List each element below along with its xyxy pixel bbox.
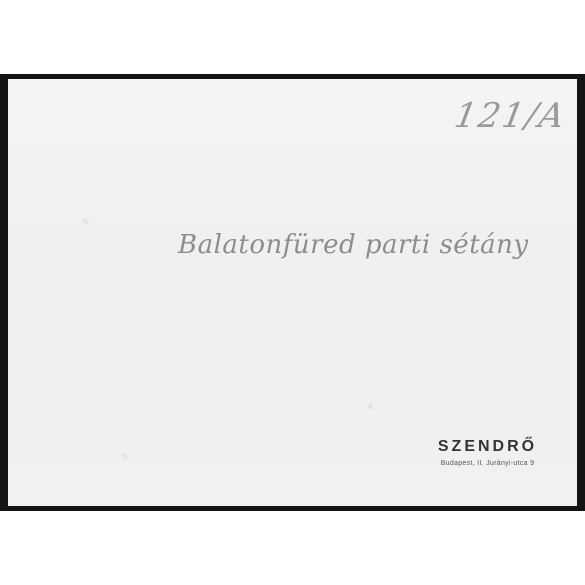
- catalog-number: 121/A: [451, 96, 569, 136]
- handwritten-caption: Balatonfüred parti sétány: [178, 230, 529, 260]
- stamp-address: Budapest, II. Jurányi-utca 9: [425, 460, 550, 467]
- stamp-name: SZENDRŐ: [425, 438, 550, 456]
- photographer-stamp: SZENDRŐ Budapest, II. Jurányi-utca 9: [425, 438, 550, 467]
